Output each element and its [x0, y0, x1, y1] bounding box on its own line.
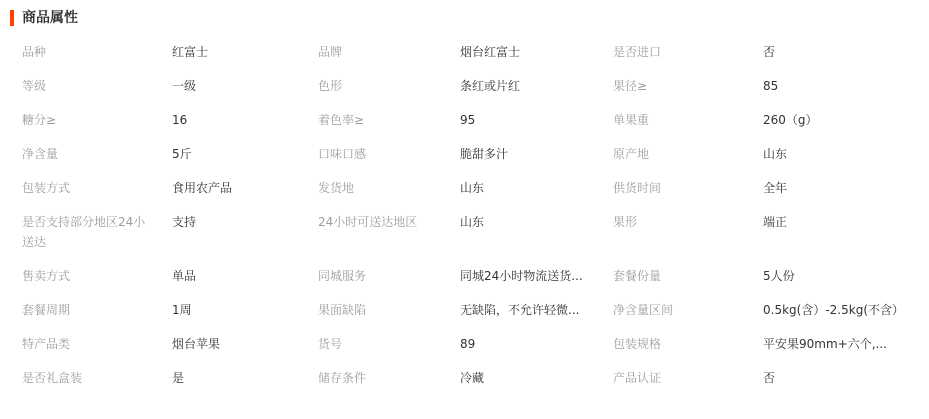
attribute-label: 着色率≥ — [318, 110, 460, 144]
attribute-label: 货号 — [318, 334, 460, 368]
attribute-label: 包装方式 — [22, 178, 172, 212]
attribute-label: 品种 — [22, 42, 172, 76]
attribute-value: 山东 — [460, 212, 613, 246]
attribute-value: 烟台苹果 — [172, 334, 318, 368]
attribute-value: 5人份 — [763, 266, 929, 300]
attribute-value: 89 — [460, 334, 613, 368]
panel-title: 商品属性 — [22, 10, 78, 26]
attribute-value: 否 — [763, 368, 929, 402]
panel-header: 商品属性 — [0, 0, 929, 38]
attribute-value: 山东 — [763, 144, 929, 178]
attribute-value: 烟台红富士 — [460, 42, 613, 76]
attribute-value: 否 — [763, 42, 929, 76]
attribute-label: 储存条件 — [318, 368, 460, 402]
attribute-value: 支持 — [172, 212, 318, 246]
attribute-label: 售卖方式 — [22, 266, 172, 300]
attributes-grid: 品种 红富士 品牌 烟台红富士 是否进口 否 等级 一级 色形 条红或片红 果径… — [0, 38, 929, 402]
attribute-value: 冷藏 — [460, 368, 613, 402]
attribute-value: 单品 — [172, 266, 318, 300]
attribute-label: 品牌 — [318, 42, 460, 76]
attribute-value: 是 — [172, 368, 318, 402]
attribute-label: 口味口感 — [318, 144, 460, 178]
attribute-label: 糖分≥ — [22, 110, 172, 144]
attribute-label: 是否进口 — [613, 42, 763, 76]
attribute-value: 16 — [172, 110, 318, 144]
attribute-value: 95 — [460, 110, 613, 144]
attribute-label: 是否支持部分地区24小送达 — [22, 212, 172, 266]
attribute-value: 条红或片红 — [460, 76, 613, 110]
attribute-label: 净含量 — [22, 144, 172, 178]
attribute-label: 套餐周期 — [22, 300, 172, 334]
attribute-value: 端正 — [763, 212, 929, 246]
attribute-label: 同城服务 — [318, 266, 460, 300]
attribute-value: 红富士 — [172, 42, 318, 76]
attribute-value: 脆甜多汁 — [460, 144, 613, 178]
attribute-value: 一级 — [172, 76, 318, 110]
attribute-label: 套餐份量 — [613, 266, 763, 300]
attribute-value: 山东 — [460, 178, 613, 212]
attribute-value: 同城24小时物流送货... — [460, 266, 613, 300]
attribute-value: 5斤 — [172, 144, 318, 178]
attribute-label: 24小时可送达地区 — [318, 212, 460, 246]
attribute-label: 包装规格 — [613, 334, 763, 368]
attribute-value: 0.5kg(含）-2.5kg(不含） — [763, 300, 929, 334]
attribute-label: 果面缺陷 — [318, 300, 460, 334]
attribute-value: 食用农产品 — [172, 178, 318, 212]
attribute-label: 特产品类 — [22, 334, 172, 368]
attribute-value: 260（g） — [763, 110, 929, 144]
attribute-value: 无缺陷，不允许轻微... — [460, 300, 613, 334]
attribute-label: 果形 — [613, 212, 763, 246]
attribute-value: 平安果90mm+六个,... — [763, 334, 929, 368]
attribute-label: 果径≥ — [613, 76, 763, 110]
attribute-label: 等级 — [22, 76, 172, 110]
attribute-label: 发货地 — [318, 178, 460, 212]
attribute-label: 色形 — [318, 76, 460, 110]
attribute-value: 1周 — [172, 300, 318, 334]
product-attributes-panel: 商品属性 品种 红富士 品牌 烟台红富士 是否进口 否 等级 一级 色形 条红或… — [0, 0, 929, 419]
attribute-label: 产品认证 — [613, 368, 763, 402]
accent-bar-icon — [10, 10, 14, 26]
attribute-label: 净含量区间 — [613, 300, 763, 334]
attribute-value: 全年 — [763, 178, 929, 212]
attribute-label: 单果重 — [613, 110, 763, 144]
attribute-label: 供货时间 — [613, 178, 763, 212]
attribute-value: 85 — [763, 76, 929, 110]
attribute-label: 是否礼盒装 — [22, 368, 172, 402]
attribute-label: 原产地 — [613, 144, 763, 178]
